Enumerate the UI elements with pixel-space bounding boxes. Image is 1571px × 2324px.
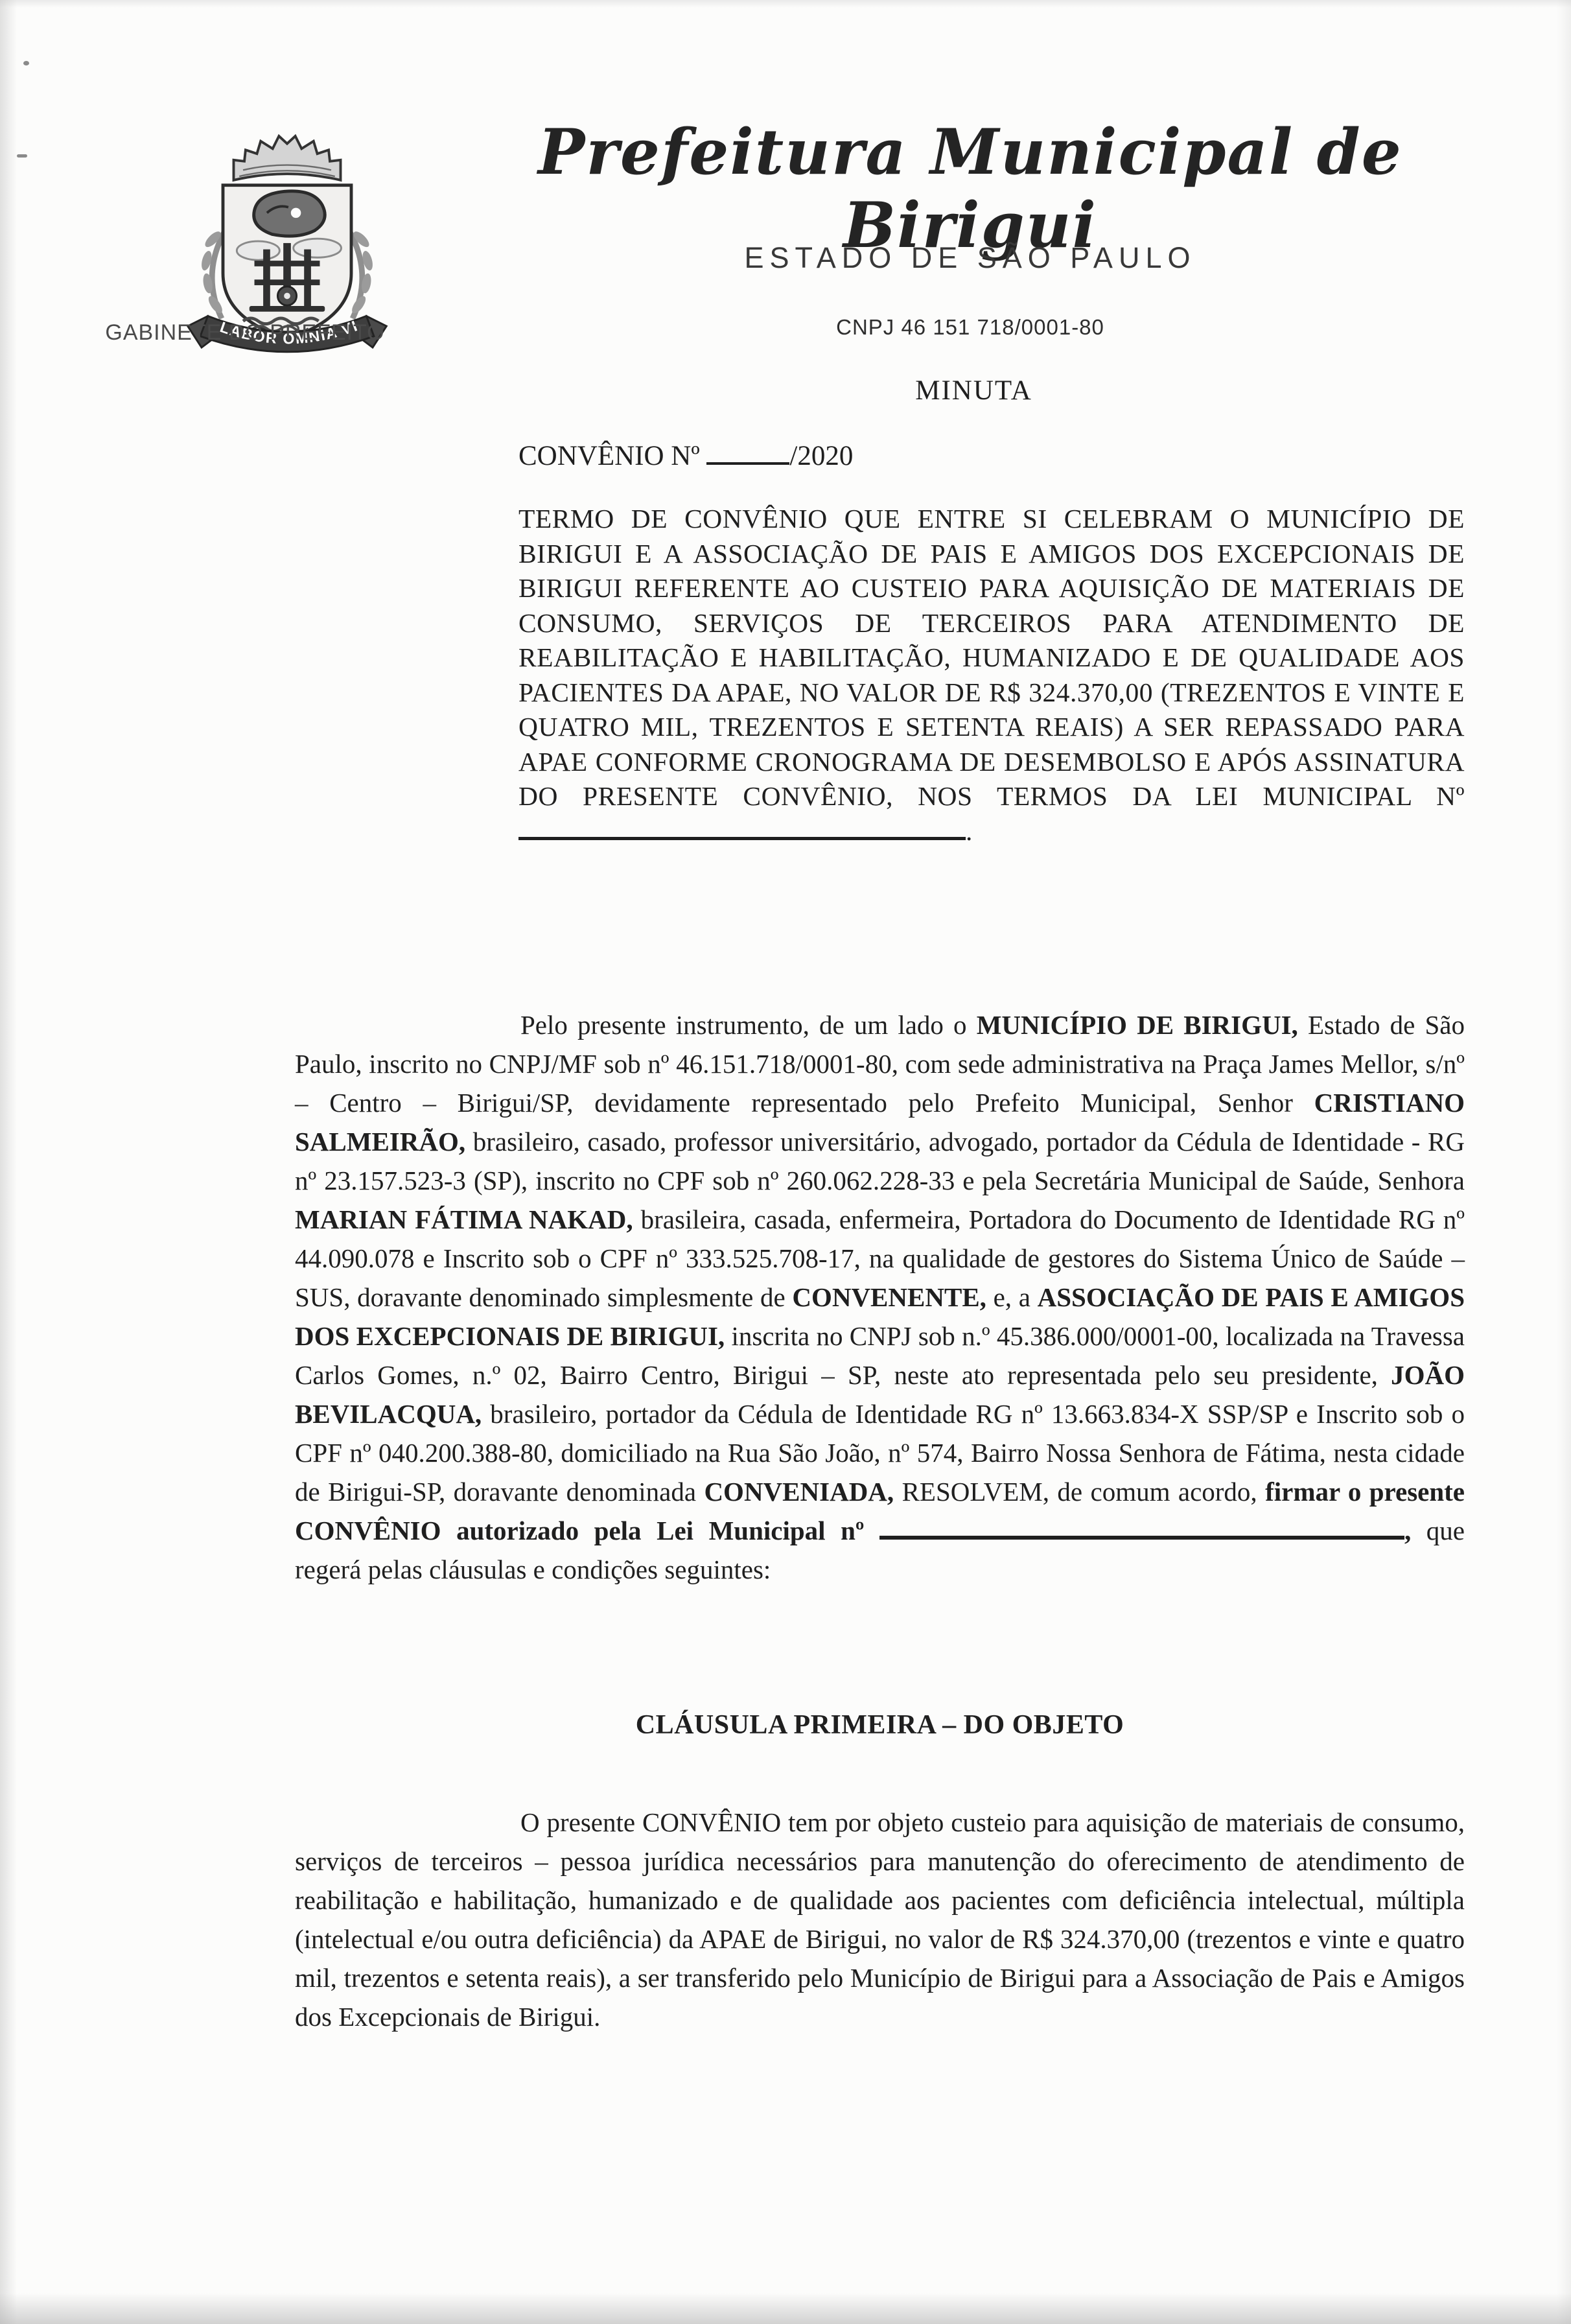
conveniada-label: CONVENIADA, xyxy=(704,1477,894,1507)
parties-paragraph: Pelo presente instrumento, de um lado o … xyxy=(295,1005,1465,1589)
document-body: MINUTA CONVÊNIO Nº /2020 TERMO DE CONVÊN… xyxy=(295,375,1465,2036)
blank-law-number-2 xyxy=(879,1531,1404,1540)
recital-text: TERMO DE CONVÊNIO QUE ENTRE SI CELEBRAM … xyxy=(518,504,1465,811)
blank-agreement-number xyxy=(706,457,789,465)
intro-text: RESOLVEM, de comum acordo, xyxy=(894,1477,1265,1507)
org-title: Prefeitura Municipal de Birigui xyxy=(415,115,1526,262)
clause-title: CLÁUSULA PRIMEIRA – DO OBJETO xyxy=(295,1709,1465,1741)
party-municipality: MUNICÍPIO DE BIRIGUI, xyxy=(977,1010,1298,1040)
shield xyxy=(223,185,351,339)
blank-law-number xyxy=(518,832,966,840)
department-label: GABINETE DO PREFEITO xyxy=(83,320,407,346)
intro-text: Pelo presente instrumento, de um lado o xyxy=(520,1010,977,1040)
clause-body-paragraph: O presente CONVÊNIO tem por objeto custe… xyxy=(295,1803,1465,2036)
law-authorization-comma: , xyxy=(1404,1516,1411,1545)
scan-speck xyxy=(23,61,29,65)
mural-crown xyxy=(234,136,341,180)
intro-text: brasileiro, casado, professor universitá… xyxy=(295,1127,1465,1195)
agreement-number-suffix: /2020 xyxy=(789,441,853,471)
agreement-number-prefix: CONVÊNIO Nº xyxy=(518,441,706,471)
cnpj-line: CNPJ 46 151 718/0001-80 xyxy=(415,315,1526,340)
intro-text: e, a xyxy=(986,1282,1038,1312)
scan-edge-left xyxy=(0,0,17,2324)
scan-speck xyxy=(17,154,27,158)
scanned-document-page: LABOR OMNIA VINCIT GABINETE DO PREFEITO … xyxy=(0,0,1571,2324)
state-line: ESTADO DE SÃO PAULO xyxy=(415,241,1526,275)
recital-period: . xyxy=(966,816,973,846)
draft-label: MINUTA xyxy=(389,375,1559,406)
scan-edge-top xyxy=(0,0,1571,8)
convenente-label: CONVENENTE, xyxy=(792,1282,986,1312)
agreement-number-line: CONVÊNIO Nº /2020 xyxy=(518,440,1465,472)
recital-block: TERMO DE CONVÊNIO QUE ENTRE SI CELEBRAM … xyxy=(518,502,1465,849)
scan-edge-bottom xyxy=(0,2293,1571,2324)
secretary-name: MARIAN FÁTIMA NAKAD, xyxy=(295,1204,633,1234)
scan-edge-right xyxy=(1557,0,1571,2324)
